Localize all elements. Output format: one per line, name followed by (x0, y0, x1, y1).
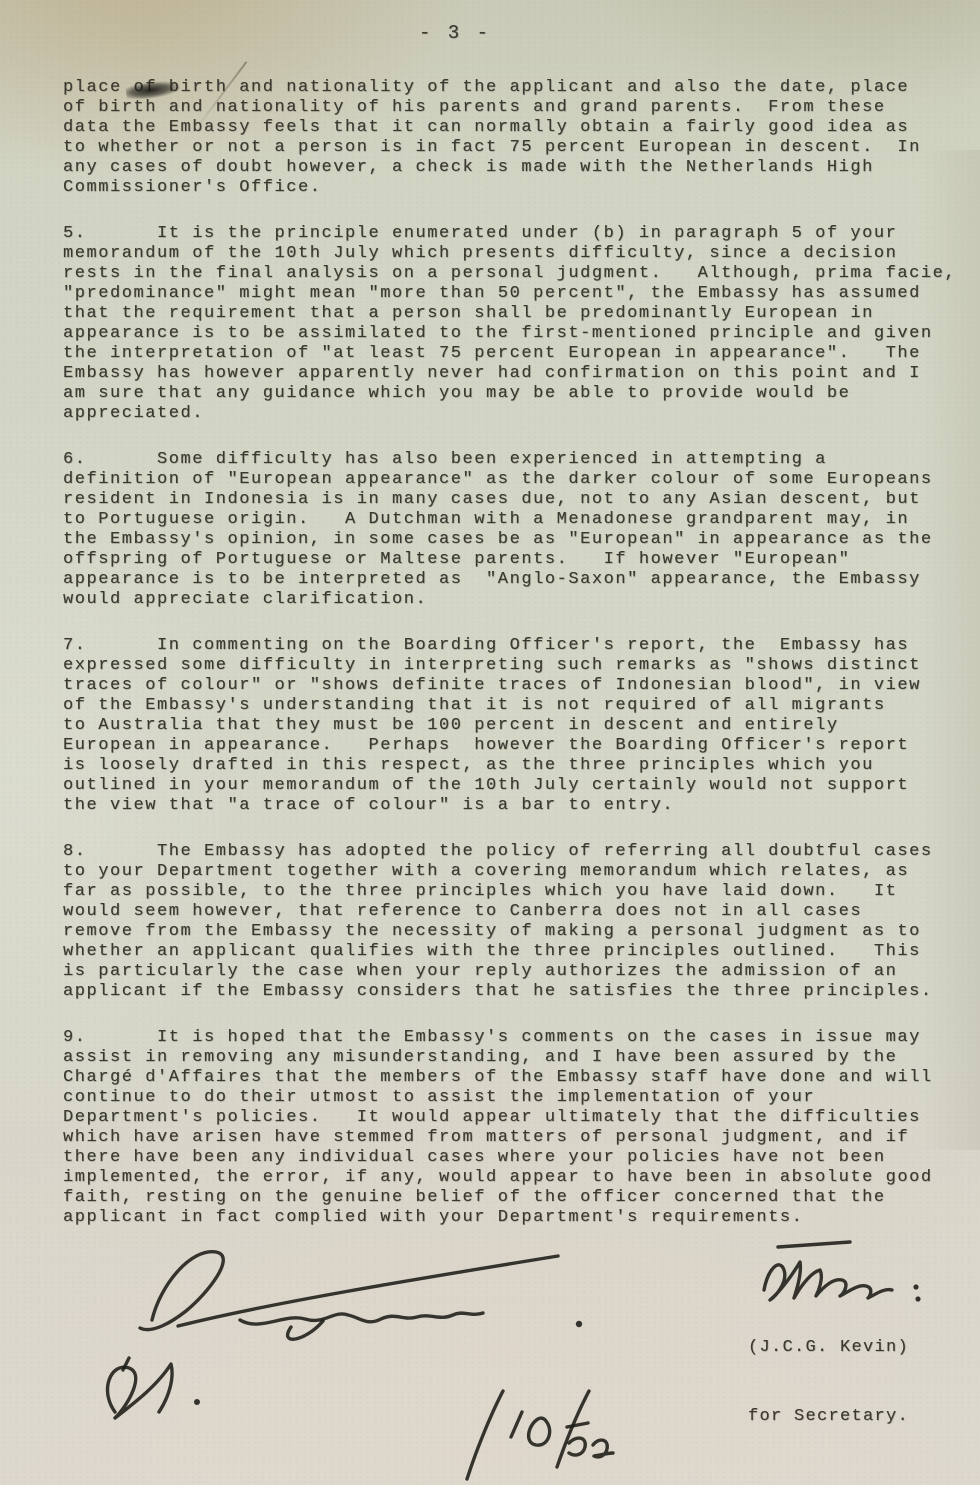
document-body: place of birth and nationality of the ap… (63, 78, 956, 1254)
signatory-title: for Secretary. (748, 1405, 909, 1428)
scanned-letter-page: - 3 - place of birth and nationality of … (0, 0, 980, 1485)
handwritten-date-script (445, 1386, 617, 1482)
paragraph-para-7: 7. In commenting on the Boarding Officer… (63, 636, 956, 816)
paragraph-para-8: 8. The Embassy has adopted the policy of… (63, 842, 956, 1002)
paragraph-intro: place of birth and nationality of the ap… (63, 78, 956, 198)
handwritten-initials-script (85, 1350, 215, 1438)
signature-typed-block: (J.C.G. Kevin) for Secretary. (748, 1290, 909, 1474)
paragraph-para-5: 5. It is the principle enumerated under … (63, 224, 956, 424)
signatory-name: (J.C.G. Kevin) (748, 1336, 909, 1359)
paragraph-para-6: 6. Some difficulty has also been experie… (63, 450, 956, 610)
handwritten-annotation-script (90, 1240, 610, 1348)
page-number: - 3 - (419, 22, 491, 44)
paragraph-para-9: 9. It is hoped that the Embassy's commen… (63, 1028, 956, 1228)
